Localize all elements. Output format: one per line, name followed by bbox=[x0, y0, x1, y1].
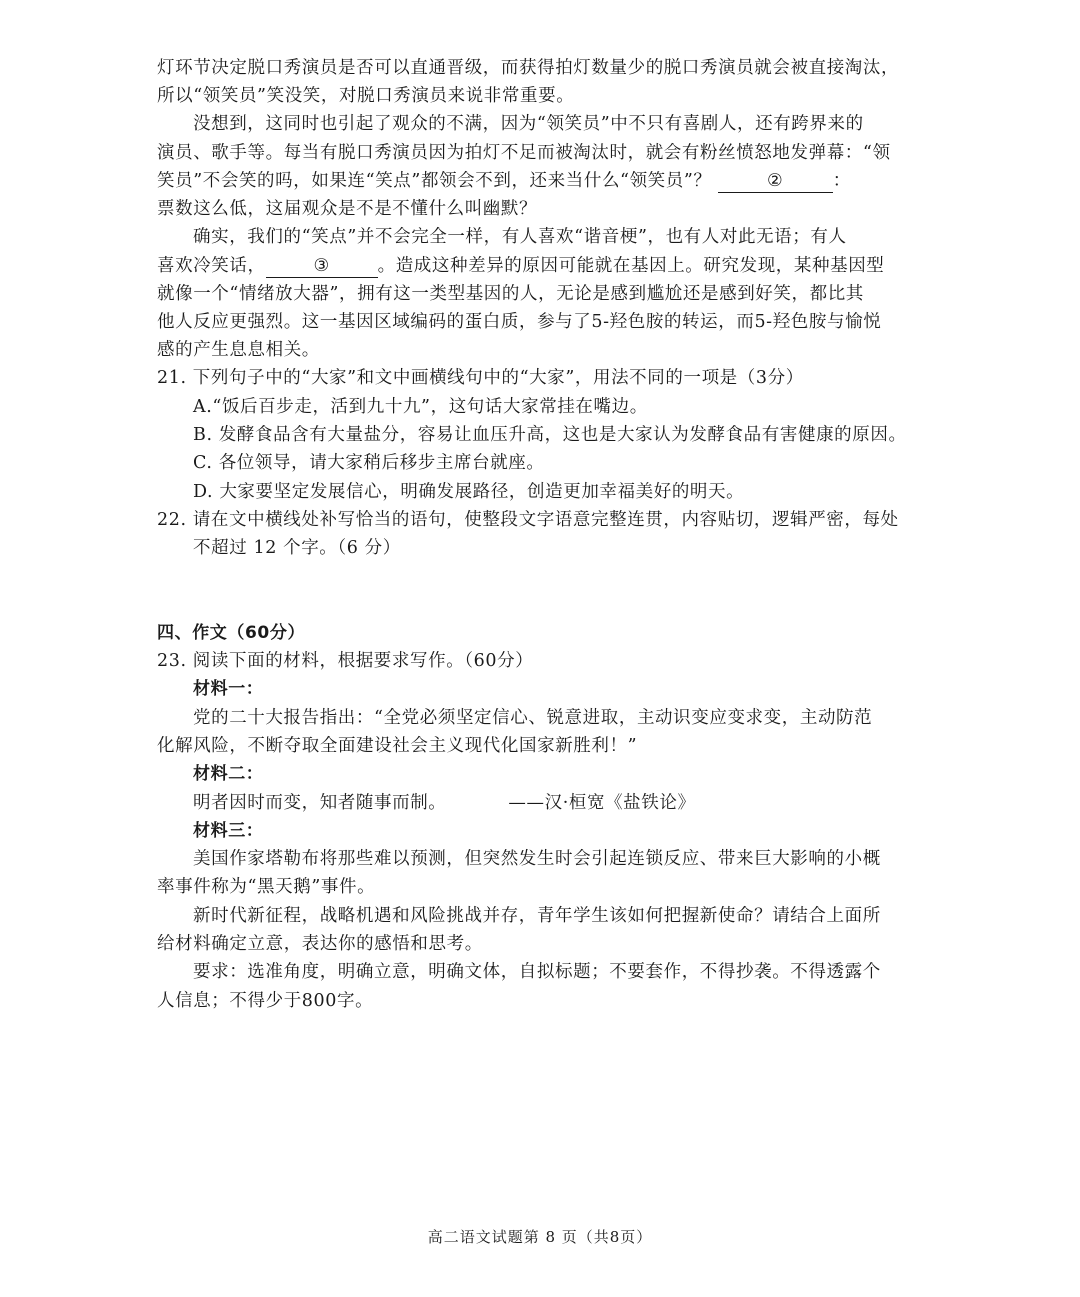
section-title: 四、作文（60分） bbox=[157, 619, 927, 647]
passage-text: 感的产生息息相关。 bbox=[157, 336, 927, 364]
material-source: ——汉·桓宽《盐铁论》 bbox=[508, 793, 695, 813]
material-text: 明者因时而变，知者随事而制。——汉·桓宽《盐铁论》 bbox=[193, 789, 927, 817]
material-label: 材料一： bbox=[193, 675, 963, 703]
question-21-option-d: D. 大家要坚定发展信心，明确发展路径，创造更加幸福美好的明天。 bbox=[193, 478, 963, 506]
passage-text: 喜欢冷笑话， bbox=[157, 256, 266, 276]
material-text: 美国作家塔勒布将那些难以预测，但突然发生时会引起连锁反应、带来巨大影响的小概 bbox=[193, 845, 927, 873]
passage-text: 所以“领笑员”笑没笑，对脱口秀演员来说非常重要。 bbox=[157, 82, 927, 110]
question-22-stem: 22. 请在文中横线处补写恰当的语句，使整段文字语意完整连贯，内容贴切，逻辑严密… bbox=[157, 506, 927, 534]
question-21-stem: 21. 下列句子中的“大家”和文中画横线句中的“大家”，用法不同的一项是（3分） bbox=[157, 364, 927, 392]
material-text: 率事件称为“黑天鹅”事件。 bbox=[157, 873, 927, 901]
passage-text: 票数这么低，这届观众是不是不懂什么叫幽默？ bbox=[157, 195, 927, 223]
question-22-stem: 不超过 12 个字。（6 分） bbox=[193, 534, 963, 562]
passage-text: 笑员”不会笑的吗，如果连“笑点”都领会不到，还来当什么“领笑员”？ ②： bbox=[157, 167, 927, 195]
requirements-text: 要求：选准角度，明确立意，明确文体，自拟标题；不要套作，不得抄袭。不得透露个 bbox=[193, 958, 927, 986]
passage-text: 他人反应更强烈。这一基因区域编码的蛋白质，参与了5-羟色胺的转运，而5-羟色胺与… bbox=[157, 308, 927, 336]
material-label: 材料三： bbox=[193, 817, 963, 845]
passage-text: 灯环节决定脱口秀演员是否可以直通晋级，而获得拍灯数量少的脱口秀演员就会被直接淘汰… bbox=[157, 54, 927, 82]
material-text: 化解风险，不断夺取全面建设社会主义现代化国家新胜利！” bbox=[157, 732, 927, 760]
requirements-text: 人信息；不得少于800字。 bbox=[157, 987, 927, 1015]
passage-text: 就像一个“情绪放大器”，拥有这一类型基因的人，无论是感到尴尬还是感到好笑，都比其 bbox=[157, 280, 927, 308]
question-21-option-b: B. 发酵食品含有大量盐分，容易让血压升高，这也是大家认为发酵食品有害健康的原因… bbox=[193, 421, 963, 449]
prompt-text: 给材料确定立意，表达你的感悟和思考。 bbox=[157, 930, 927, 958]
passage-text: ： bbox=[833, 171, 851, 191]
exam-page: 灯环节决定脱口秀演员是否可以直通晋级，而获得拍灯数量少的脱口秀演员就会被直接淘汰… bbox=[0, 0, 1080, 1297]
material-text: 党的二十大报告指出：“全党必须坚定信心、锐意进取，主动识变应变求变，主动防范 bbox=[193, 704, 927, 732]
passage-text: 确实，我们的“笑点”并不会完全一样，有人喜欢“谐音梗”，也有人对此无语；有人 bbox=[193, 223, 927, 251]
page-footer: 高二语文试题第 8 页（共8页） bbox=[0, 1226, 1080, 1247]
question-21-option-c: C. 各位领导，请大家稍后移步主席台就座。 bbox=[193, 449, 963, 477]
material-label: 材料二： bbox=[193, 760, 963, 788]
material-text: 明者因时而变，知者随事而制。 bbox=[193, 793, 446, 813]
passage-text: 。造成这种差异的原因可能就在基因上。研究发现，某种基因型 bbox=[378, 256, 885, 276]
question-21-option-a: A.“饭后百步走，活到九十九”，这句话大家常挂在嘴边。 bbox=[193, 393, 963, 421]
fill-blank-3: ③ bbox=[266, 255, 378, 278]
passage-text: 笑员”不会笑的吗，如果连“笑点”都领会不到，还来当什么“领笑员”？ bbox=[157, 171, 718, 191]
passage-text: 演员、歌手等。每当有脱口秀演员因为拍灯不足而被淘汰时，就会有粉丝愤怒地发弹幕：“… bbox=[157, 139, 927, 167]
passage-text: 喜欢冷笑话，③。造成这种差异的原因可能就在基因上。研究发现，某种基因型 bbox=[157, 252, 927, 280]
prompt-text: 新时代新征程，战略机遇和风险挑战并存，青年学生该如何把握新使命？请结合上面所 bbox=[193, 902, 927, 930]
fill-blank-2: ② bbox=[718, 170, 833, 193]
passage-text: 没想到，这同时也引起了观众的不满，因为“领笑员”中不只有喜剧人，还有跨界来的 bbox=[193, 110, 927, 138]
question-23-stem: 23. 阅读下面的材料，根据要求写作。（60分） bbox=[157, 647, 927, 675]
